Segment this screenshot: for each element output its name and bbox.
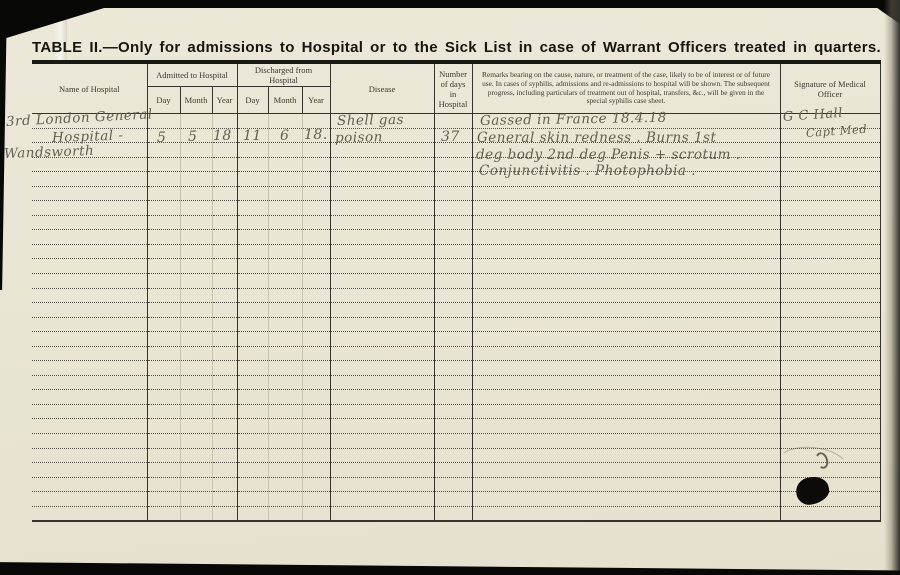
header-discharged-day: Day [237, 87, 268, 114]
header-admitted-month: Month [180, 87, 212, 114]
header-disease: Disease [330, 62, 434, 114]
ruled-row [32, 346, 880, 361]
hw-remarks-line1: Gassed in France 18.4.18 [480, 110, 667, 129]
hw-disease-line2: poison [335, 129, 383, 146]
ruled-row [32, 419, 880, 434]
ruled-row [32, 215, 880, 230]
hw-admitted-day: 5 [157, 130, 166, 146]
ruled-row [32, 477, 880, 492]
ruled-row [32, 230, 880, 245]
header-admitted-year: Year [212, 87, 237, 114]
hw-discharged-day: 11 [243, 128, 262, 144]
ruled-row [32, 303, 880, 318]
ruled-row [32, 375, 880, 390]
ruled-row [32, 274, 880, 289]
ruled-row [32, 114, 880, 129]
header-days-in-hospital: Number of days in Hospital [434, 62, 472, 114]
header-name-of-hospital: Name of Hospital [32, 62, 147, 114]
ruled-row [32, 448, 880, 463]
hw-days-in-hospital: 37 [441, 129, 460, 145]
scan-edge-right [884, 0, 900, 575]
ruled-row [32, 172, 880, 187]
header-discharged-month: Month [268, 87, 302, 114]
ruled-row [32, 259, 880, 274]
scanned-document: TABLE II.—Only for admissions to Hospita… [0, 0, 900, 575]
ruled-row [32, 506, 880, 521]
ruled-row [32, 201, 880, 216]
header-discharged-group: Discharged from Hospital [237, 62, 330, 87]
hw-hospital-name-line3: Wandsworth [4, 143, 95, 162]
header-admitted-group: Admitted to Hospital [147, 62, 237, 87]
header-remarks: Remarks bearing on the cause, nature, or… [472, 62, 780, 114]
ruled-row [32, 317, 880, 332]
table-title: TABLE II.—Only for admissions to Hospita… [32, 39, 880, 56]
hw-remarks-line4: Conjunctivitis . Photophobia . [479, 163, 696, 179]
ruled-row [32, 404, 880, 419]
scan-edge-top [0, 0, 900, 8]
header-discharged-year: Year [302, 87, 330, 114]
ruled-row [32, 186, 880, 201]
ruled-row [32, 361, 880, 376]
hw-disease-line1: Shell gas [337, 112, 404, 129]
hw-remarks-line3: deg body 2nd deg Penis + scrotum . [476, 147, 741, 163]
hw-discharged-month: 6 [280, 128, 289, 144]
ruled-row [32, 492, 880, 507]
ruled-row [32, 434, 880, 449]
hw-admitted-year: 18 [213, 128, 232, 144]
ruled-row [32, 244, 880, 259]
hw-remarks-line2: General skin redness . Burns 1st [477, 130, 716, 146]
ruled-row [32, 157, 880, 172]
ruled-row [32, 332, 880, 347]
ruled-row [32, 390, 880, 405]
ruled-rows [32, 114, 880, 521]
hw-admitted-month: 5 [188, 129, 197, 145]
hw-discharged-year: 18. [304, 127, 328, 143]
ruled-row [32, 288, 880, 303]
table-header: Name of Hospital Admitted to Hospital Di… [32, 62, 880, 114]
ruled-row [32, 463, 880, 478]
